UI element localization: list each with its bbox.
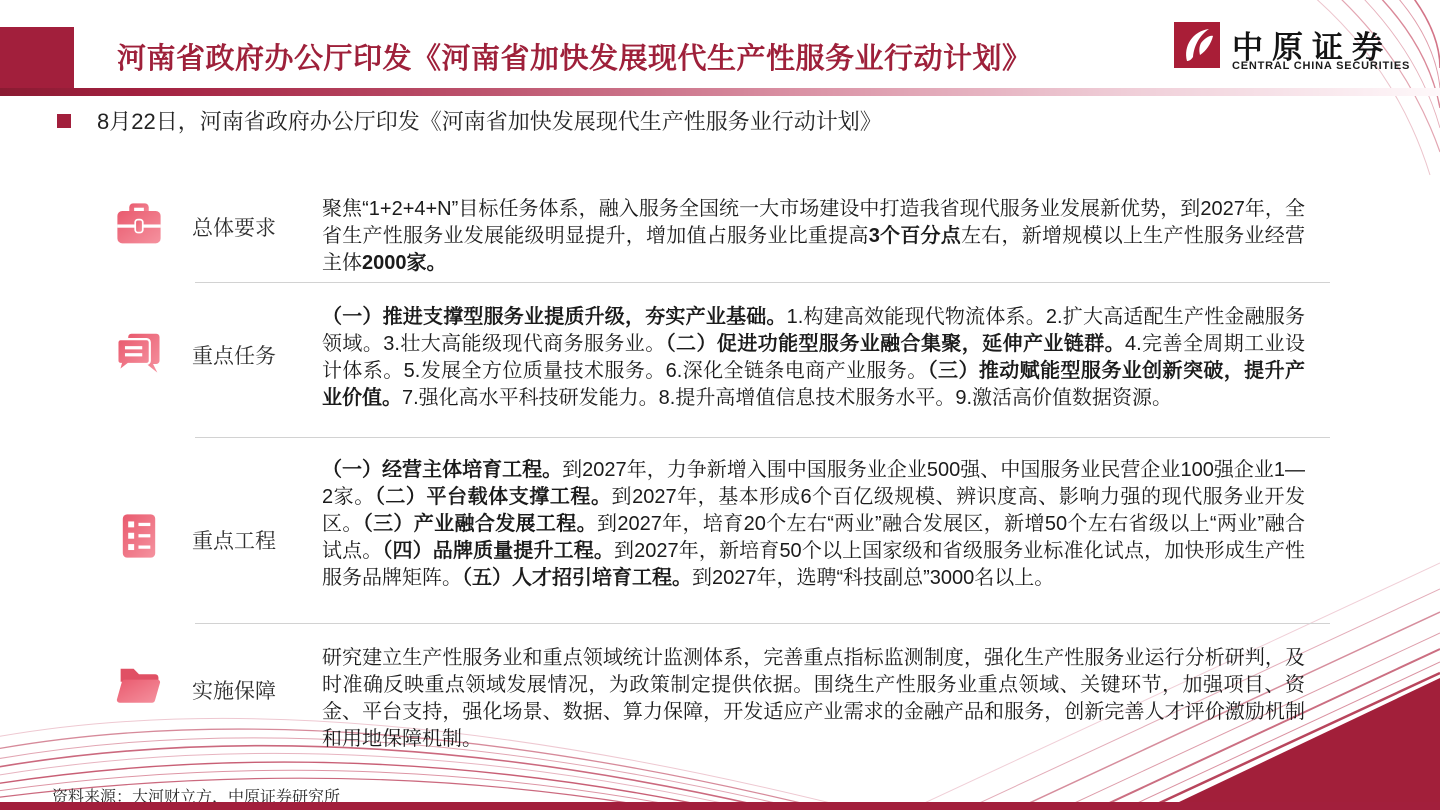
slide: 河南省政府办公厅印发《河南省加快发展现代生产性服务业行动计划》 中原证券 CEN… <box>0 0 1440 810</box>
bottom-bar <box>0 802 1440 810</box>
section-label: 重点任务 <box>192 340 276 370</box>
title-underline <box>0 88 1440 96</box>
section-divider <box>195 282 1330 283</box>
section-divider <box>195 623 1330 624</box>
section-label: 实施保障 <box>192 675 276 705</box>
title-accent-block <box>0 27 74 88</box>
section-body: 聚焦“1+2+4+N”目标任务体系，融入服务全国统一大市场建设中打造我省现代服务… <box>322 196 1305 277</box>
folder-icon <box>112 658 166 712</box>
page-title: 河南省政府办公厅印发《河南省加快发展现代生产性服务业行动计划》 <box>117 36 1032 77</box>
section-label: 重点工程 <box>192 525 276 555</box>
section-divider <box>195 437 1330 438</box>
chat-bubbles-icon <box>112 324 166 378</box>
section-body: （一）推进支撑型服务业提质升级，夯实产业基础。1.构建高效能现代物流体系。2.扩… <box>322 304 1305 412</box>
bullet-marker <box>57 114 71 128</box>
intro-text: 8月22日，河南省政府办公厅印发《河南省加快发展现代生产性服务业行动计划》 <box>97 105 882 136</box>
briefcase-icon <box>112 198 166 252</box>
section-body: 研究建立生产性服务业和重点领域统计监测体系，完善重点指标监测制度，强化生产性服务… <box>322 645 1305 753</box>
logo-mark-icon <box>1174 22 1220 68</box>
section-label: 总体要求 <box>192 212 276 242</box>
section-body: （一）经营主体培育工程。到2027年，力争新增入围中国服务业企业500强、中国服… <box>322 457 1305 592</box>
logo-en-text: CENTRAL CHINA SECURITIES <box>1232 60 1432 72</box>
checklist-icon <box>112 509 166 563</box>
